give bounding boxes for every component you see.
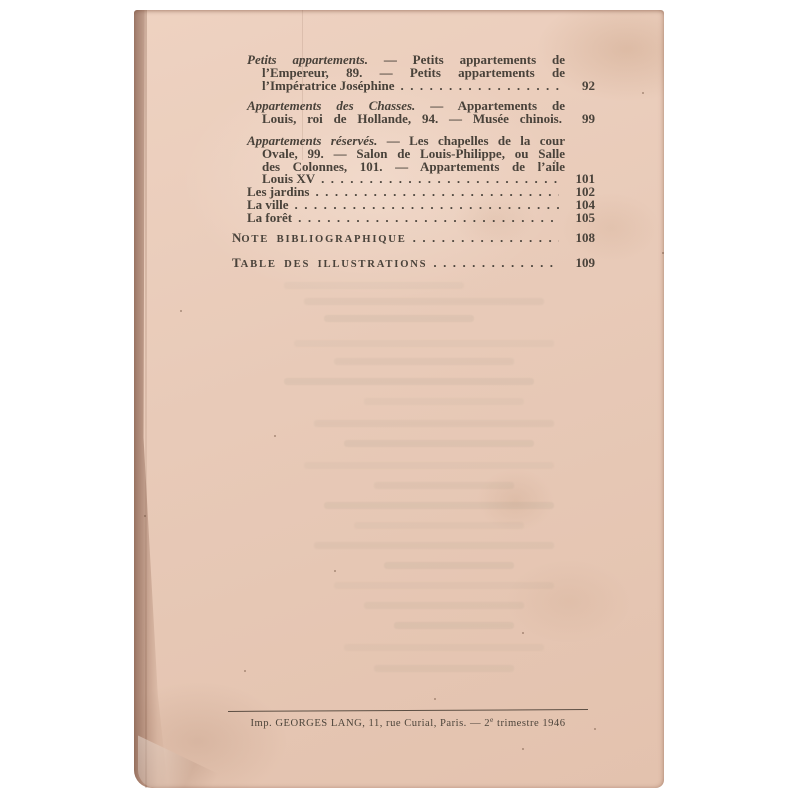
smallcaps-rest: OTE BIBLIOGRAPHIQUE (241, 234, 406, 245)
toc-line: Louis XV . . . . . . . . . . . . . . . .… (262, 173, 595, 186)
toc-line-text: l’Impératrice Joséphine (262, 80, 395, 93)
table-of-contents: Petits appartements. — Petits appartemen… (232, 54, 595, 272)
toc-line-text: NOTE BIBLIOGRAPHIQUE (232, 232, 407, 247)
page-number: 109 (562, 257, 595, 270)
dot-leader: . . . . . . . . . . . . . . . . . . . . … (298, 212, 559, 225)
toc-line: Les jardins . . . . . . . . . . . . . . … (247, 186, 595, 199)
imprint-text: Imp. GEORGES LANG, 11, rue Curial, Paris… (228, 715, 588, 729)
page-edge-crease (145, 10, 147, 788)
printer-imprint: Imp. GEORGES LANG, 11, rue Curial, Paris… (228, 710, 588, 729)
imprint-rule (228, 709, 588, 712)
smallcaps-rest: ABLE DES ILLUSTRATIONS (241, 259, 428, 270)
toc-line: La forêt . . . . . . . . . . . . . . . .… (247, 212, 595, 225)
page-number: 99 (562, 113, 595, 126)
toc-entry-petits-appartements: Petits appartements. — Petits appartemen… (247, 54, 595, 92)
dot-leader: . . . . . . . . . . . . . . . . . . . . … (295, 199, 559, 212)
toc-line-text: Louis, roi de Hollande, 94. — Musée chin… (262, 113, 562, 126)
scan-background: Petits appartements. — Petits appartemen… (0, 0, 800, 800)
page-number: 92 (562, 80, 595, 93)
toc-line-text: La forêt (247, 212, 292, 225)
dot-leader: . . . . . . . . . . . . . . . . . . . . … (401, 80, 559, 93)
page-number: 108 (562, 232, 595, 245)
toc-entry-appartements-des-chasses: Appartements des Chasses. — Appartements… (247, 100, 595, 126)
toc-entry-la-foret: La forêt . . . . . . . . . . . . . . . .… (247, 212, 595, 225)
toc-line: Louis, roi de Hollande, 94. — Musée chin… (262, 113, 595, 126)
toc-entry-note-bibliographique: NOTE BIBLIOGRAPHIQUE . . . . . . . . . .… (232, 232, 595, 247)
toc-line: TABLE DES ILLUSTRATIONS . . . . . . . . … (232, 257, 595, 272)
toc-entry-les-jardins: Les jardins . . . . . . . . . . . . . . … (247, 186, 595, 199)
toc-line: l’Impératrice Joséphine . . . . . . . . … (262, 80, 595, 93)
book-page: Petits appartements. — Petits appartemen… (134, 10, 664, 788)
page-left-edge-shadow (134, 10, 168, 788)
dot-leader: . . . . . . . . . . . . . . . . . . . . … (315, 186, 559, 199)
imprint-text-right: trimestre 1946 (494, 718, 566, 729)
smallcaps-initial: T (232, 255, 241, 270)
dot-leader: . . . . . . . . . . . . . . . . . . . . … (321, 173, 559, 186)
toc-entry-table-des-illustrations: TABLE DES ILLUSTRATIONS . . . . . . . . … (232, 257, 595, 272)
dot-leader: . . . . . . . . . . . . . . . . . . . . … (413, 232, 559, 245)
toc-line-text: TABLE DES ILLUSTRATIONS (232, 257, 427, 272)
toc-line: La ville . . . . . . . . . . . . . . . .… (247, 199, 595, 212)
toc-line: NOTE BIBLIOGRAPHIQUE . . . . . . . . . .… (232, 232, 595, 247)
toc-entry-la-ville: La ville . . . . . . . . . . . . . . . .… (247, 199, 595, 212)
toc-entry-appartements-reserves: Appartements réservés. — Les chapelles d… (247, 135, 595, 186)
dot-leader: . . . . . . . . . . . . . . . . . . . . … (433, 257, 559, 270)
smallcaps-initial: N (232, 230, 241, 245)
page-number: 105 (562, 212, 595, 225)
imprint-text-left: Imp. GEORGES LANG, 11, rue Curial, Paris… (250, 718, 490, 729)
